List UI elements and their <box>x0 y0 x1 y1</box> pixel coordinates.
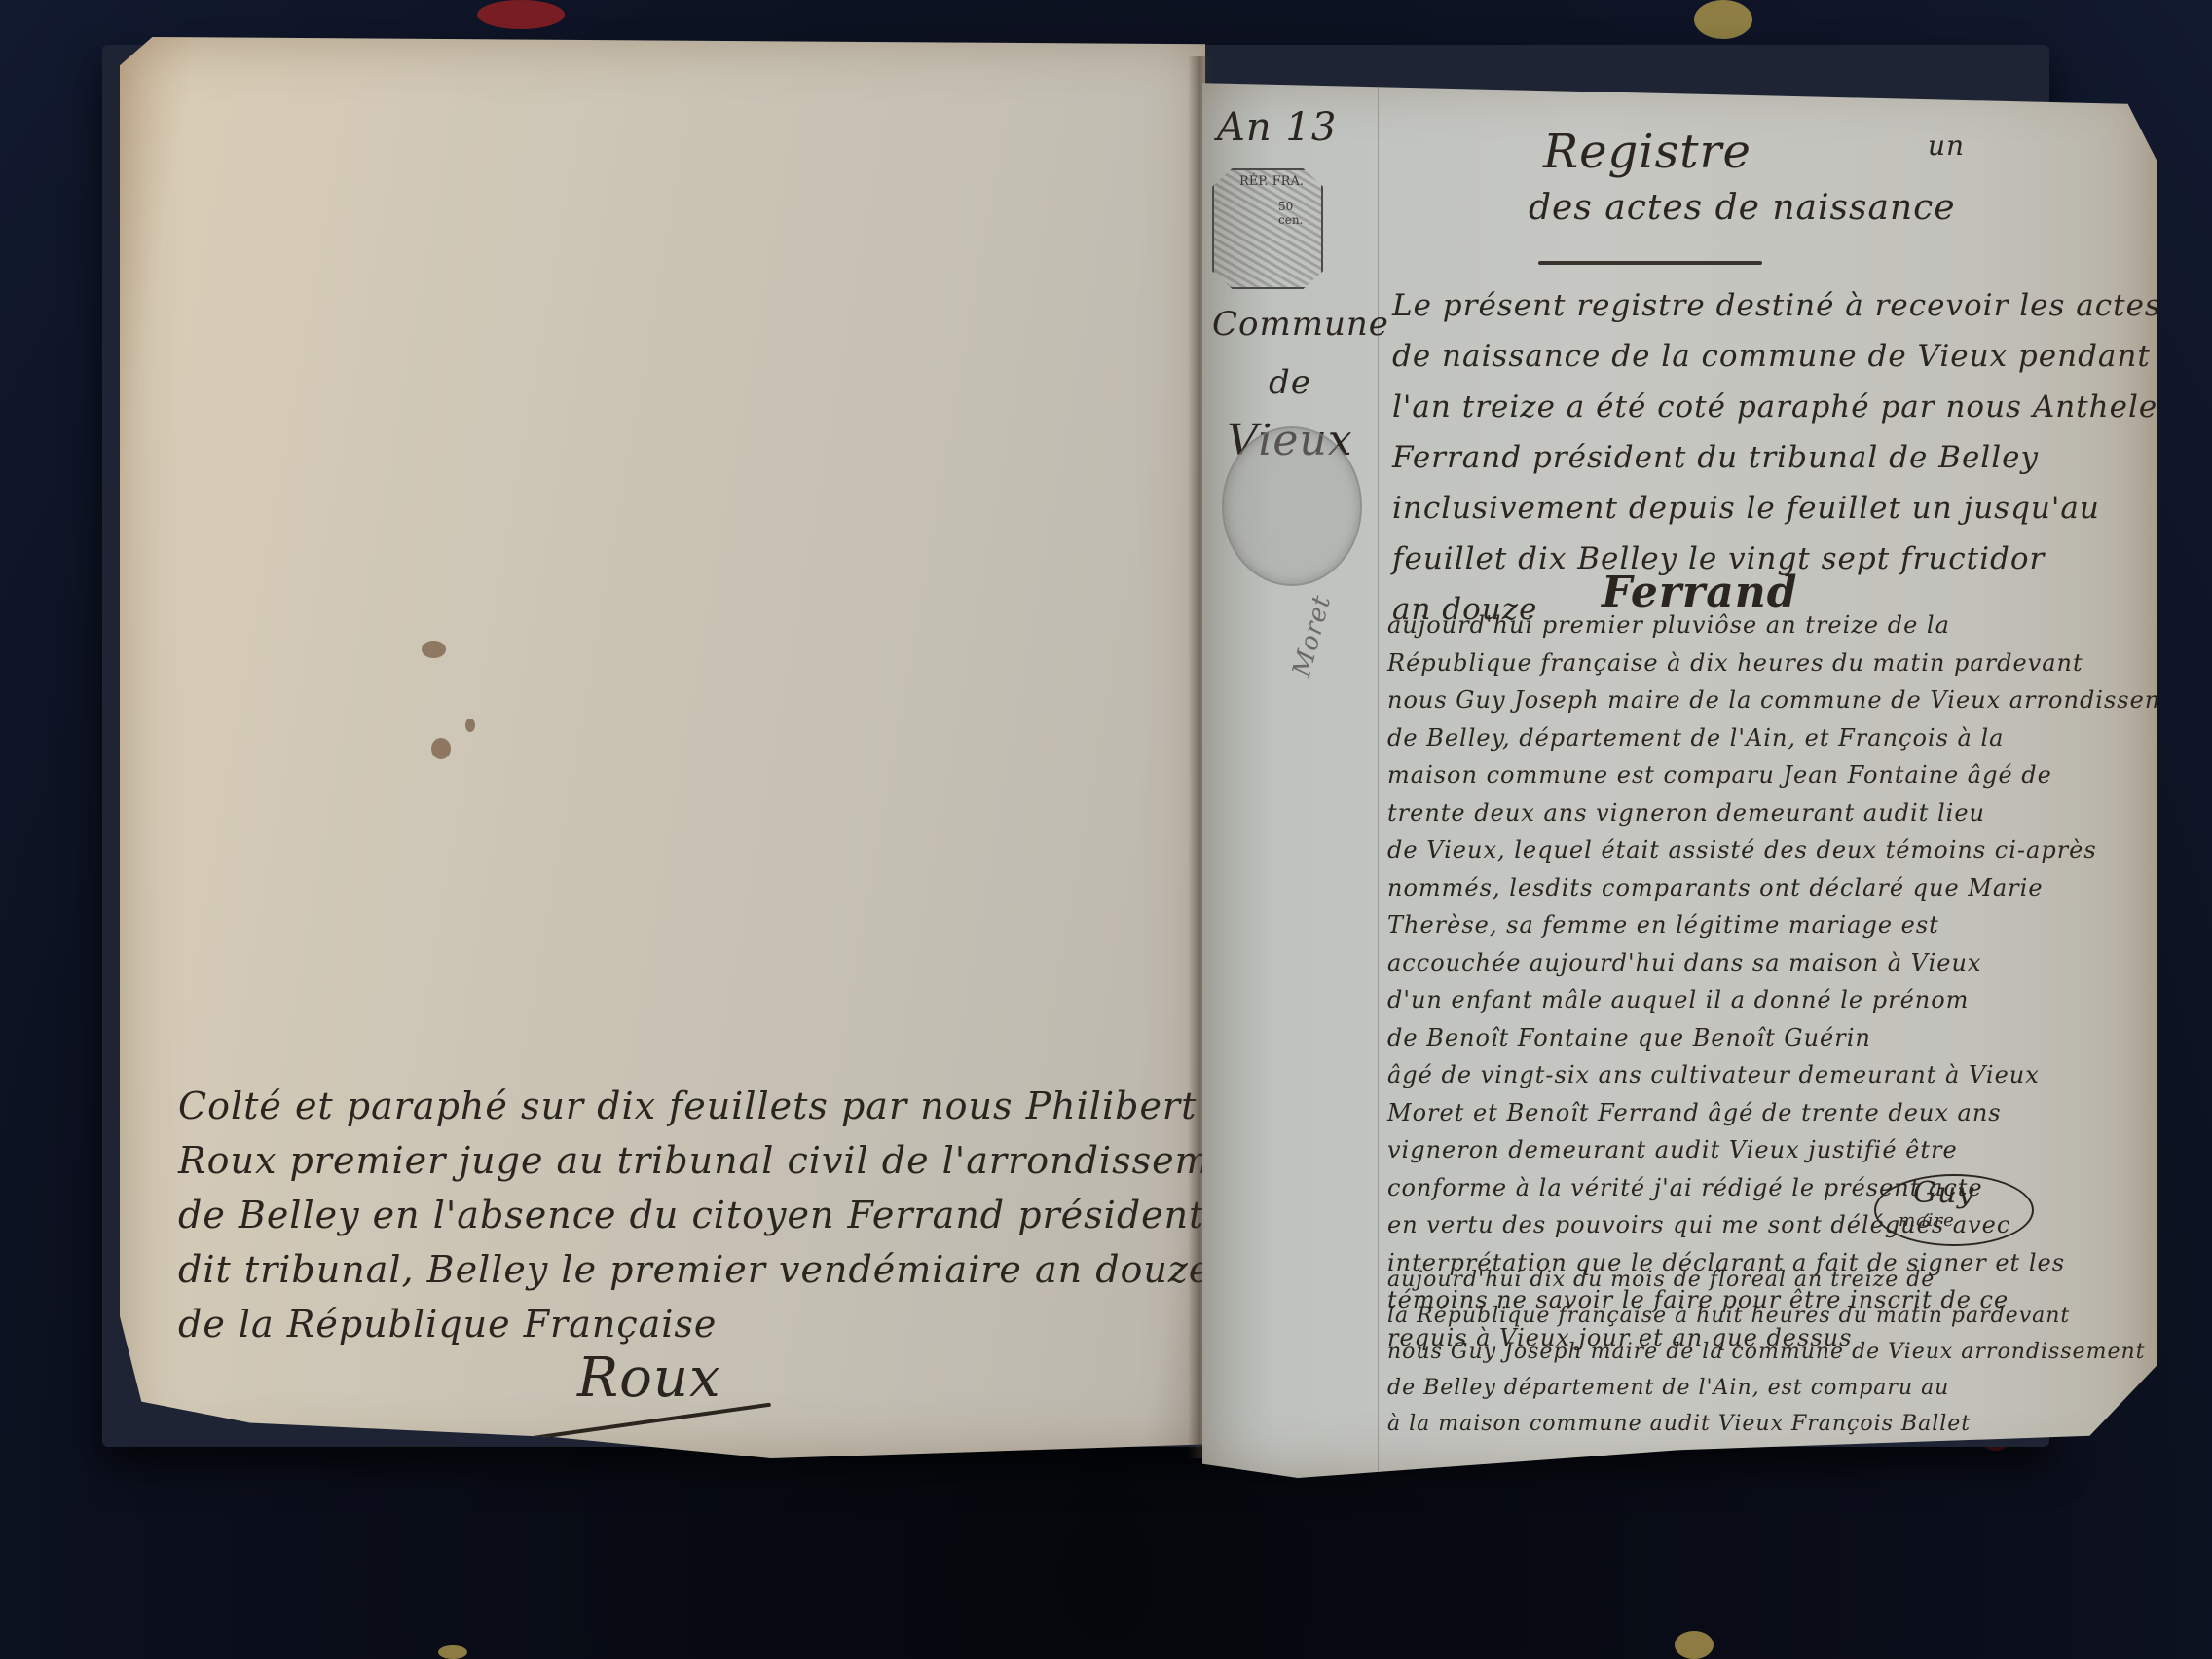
register-title: Registre <box>1543 125 1751 179</box>
act-line: de Belley, département de l'Ain, et Fran… <box>1387 719 2157 757</box>
stain <box>465 719 475 732</box>
act-line: de Benoît Fontaine que Benoît Guérin <box>1387 1019 2157 1057</box>
act-line: aujourd'hui dix du mois de floréal an tr… <box>1387 1262 2145 1298</box>
birth-act-2: aujourd'hui dix du mois de floréal an tr… <box>1387 1262 2145 1442</box>
right-page: An 13 RÉP. FRA. 50 cen. Commune de Vieux… <box>1202 76 2157 1478</box>
title-ornament: un <box>1928 129 1965 162</box>
stain <box>422 641 446 658</box>
act-line: République française à dix heures du mat… <box>1387 645 2157 682</box>
fabric-flower-decoration <box>1675 1631 1714 1659</box>
margin-heading-line: de <box>1212 353 1368 412</box>
act-line: accouchée aujourd'hui dans sa maison à V… <box>1387 944 2157 982</box>
act-line: âgé de vingt-six ans cultivateur demeura… <box>1387 1056 2157 1094</box>
certification-text: Colté et paraphé sur dix feuillets par n… <box>178 1079 1205 1351</box>
mayor-signature-label: maire <box>1899 1210 1955 1231</box>
act-line: de Belley département de l'Ain, est comp… <box>1387 1370 2145 1406</box>
act-line: vigneron demeurant audit Vieux justifié … <box>1387 1131 2157 1169</box>
stamp-top-text: RÉP. FRA. <box>1239 174 1304 189</box>
certification-line: Colté et paraphé sur dix feuillets par n… <box>178 1079 1205 1133</box>
preamble-line: de naissance de la commune de Vieux pend… <box>1392 331 2157 382</box>
embossed-seal <box>1222 426 1362 586</box>
certification-line: de Belley en l'absence du citoyen Ferran… <box>178 1188 1205 1242</box>
certification-line: de la République Française <box>178 1297 1205 1351</box>
act-line: trente deux ans vigneron demeurant audit… <box>1387 794 2157 832</box>
fabric-flower-decoration <box>477 0 565 29</box>
register-subtitle: des actes de naissance <box>1529 188 1956 228</box>
act-line: conforme à la vérité j'ai rédigé le prés… <box>1387 1169 2157 1207</box>
margin-heading-line: Commune <box>1212 295 1368 353</box>
preamble-line: Ferrand président du tribunal de Belley <box>1392 432 2157 483</box>
signature-roux: Roux <box>577 1346 721 1410</box>
act-line: Moret et Benoît Ferrand âgé de trente de… <box>1387 1094 2157 1132</box>
preamble-line: l'an treize a été coté paraphé par nous … <box>1392 382 2157 432</box>
act-line: maison commune est comparu Jean Fontaine… <box>1387 756 2157 794</box>
act-line: nous Guy Joseph maire de la commune de V… <box>1387 1334 2145 1370</box>
certification-line: Roux premier juge au tribunal civil de l… <box>178 1133 1205 1188</box>
paraph-mark: JP <box>1679 1444 1714 1478</box>
act-line: la République française à huit heures du… <box>1387 1298 2145 1334</box>
fabric-flower-decoration <box>438 1645 467 1659</box>
margin-note: Moret <box>1287 592 1337 680</box>
act-line: à la maison commune audit Vieux François… <box>1387 1406 2145 1442</box>
act-line: nous Guy Joseph maire de la commune de V… <box>1387 682 2157 719</box>
stain <box>431 738 451 759</box>
mayor-signature: Guy <box>1913 1176 1974 1210</box>
stamp-value-text: 50 cen. <box>1278 200 1321 227</box>
title-underline <box>1538 261 1762 265</box>
act-line: Therèse, sa femme en légitime mariage es… <box>1387 906 2157 944</box>
act-line: en vertu des pouvoirs qui me sont délégu… <box>1387 1206 2157 1244</box>
birth-act-1: aujourd'hui premier pluviôse an treize d… <box>1387 607 2157 1356</box>
tax-stamp: RÉP. FRA. 50 cen. <box>1212 168 1323 289</box>
certification-line: dit tribunal, Belley le premier vendémia… <box>178 1242 1205 1297</box>
act-line: nommés, lesdits comparants ont déclaré q… <box>1387 869 2157 907</box>
preamble-line: inclusivement depuis le feuillet un jusq… <box>1392 483 2157 534</box>
act-line: de Vieux, lequel était assisté des deux … <box>1387 831 2157 869</box>
open-register-book: Colté et paraphé sur dix feuillets par n… <box>102 37 2049 1458</box>
act-line: aujourd'hui premier pluviôse an treize d… <box>1387 607 2157 645</box>
year-mark: An 13 <box>1217 105 1337 150</box>
preamble-line: Le présent registre destiné à recevoir l… <box>1392 280 2157 331</box>
margin-rule <box>1378 76 1379 1478</box>
fabric-flower-decoration <box>1694 0 1752 39</box>
act-line: d'un enfant mâle auquel il a donné le pr… <box>1387 981 2157 1019</box>
left-page: Colté et paraphé sur dix feuillets par n… <box>120 37 1205 1458</box>
